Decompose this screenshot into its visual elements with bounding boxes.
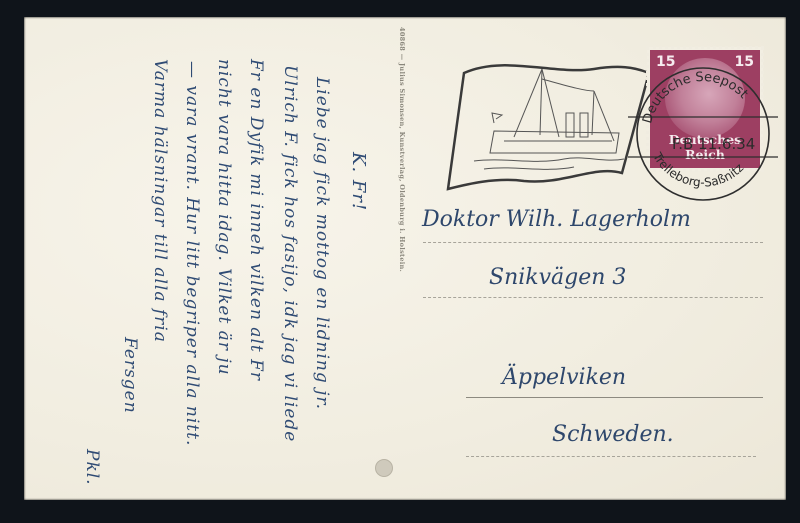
publisher-logo-icon [375,459,393,477]
stamp-value-left: 15 [656,54,675,70]
message-closing: Fersgen [120,337,140,414]
recipient-country: Schweden. [552,422,674,447]
message-line: nicht vara hitta idag. Vilket är ju [214,59,234,376]
address-line-2 [423,297,763,298]
stamp-country: Deutsches Reich [650,132,760,162]
address-line-4 [466,456,756,457]
portrait-medallion-icon [665,58,745,138]
address-line-3 [466,397,763,398]
steamship-flag-icon [444,55,654,195]
postcard: K. Fr! Liebe jag fick mottog en lidning … [24,17,786,500]
publisher-imprint: 40868 — Julius Simonsen, Kunstverlag, Ol… [398,27,406,272]
message-line: Ulrich F. fick hos fasijo, idk jag vi li… [280,65,300,442]
message-signature: Pkl. [82,449,102,486]
address-line-1 [423,242,763,243]
message-greeting: K. Fr! [348,152,369,211]
recipient-city: Äppelviken [502,365,626,390]
recipient-street: Snikvägen 3 [489,265,626,290]
message-line: Fr en Dyfik mi inneh vilken alt Fr [246,59,266,381]
recipient-name: Doktor Wilh. Lagerholm [422,207,691,232]
postage-stamp: 15 15 Deutsches Reich [650,50,760,168]
stamp-value-right: 15 [735,54,754,70]
message-line: — vara vrant. Hur litt begriper alla nit… [182,61,202,446]
handwritten-message: K. Fr! Liebe jag fick mottog en lidning … [54,37,394,487]
message-line: Liebe jag fick mottog en lidning jr. [312,77,332,410]
message-line: Varma hälsningar till alla fria [150,59,170,343]
